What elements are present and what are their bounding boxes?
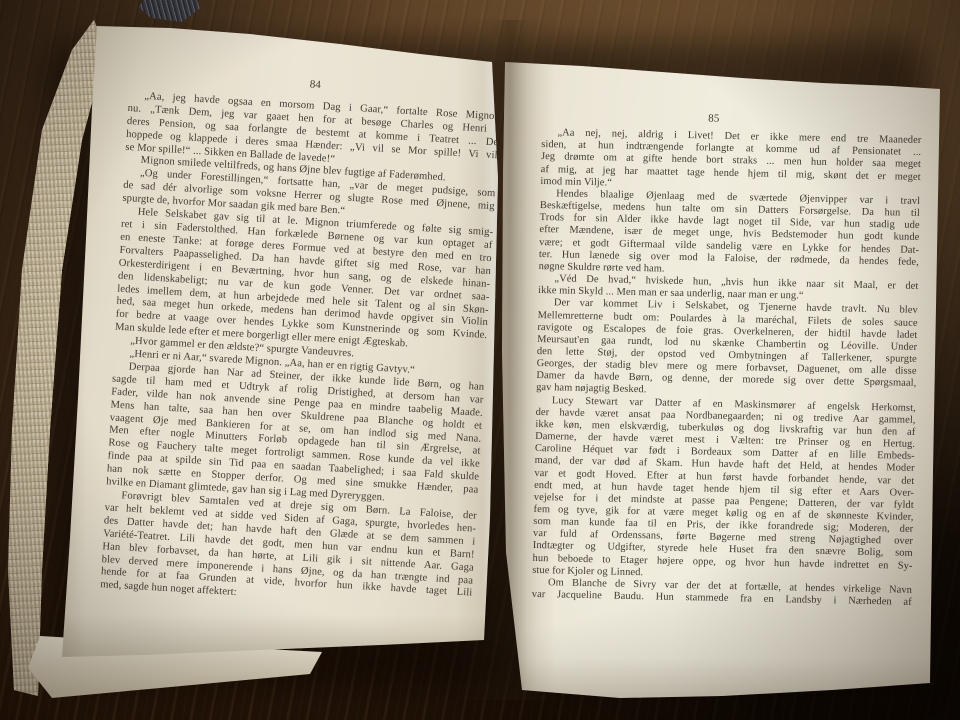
left-page-lines: „Aa, jeg havde ogsaa en morsom Dag i Gaa… xyxy=(100,90,500,614)
left-page: 84 „Aa, jeg havde ogsaa en morsom Dag i … xyxy=(50,18,505,666)
book-photo-scene: 85 „Aa nej, nej, aldrig i Livet! Det er … xyxy=(0,0,960,720)
right-page-text-block: 85 „Aa nej, nej, aldrig i Livet! Det er … xyxy=(532,109,922,609)
page-number-right: 85 xyxy=(524,109,904,129)
right-page-lines: „Aa nej, nej, aldrig i Livet! Det er ikk… xyxy=(532,127,922,609)
right-page: 85 „Aa nej, nej, aldrig i Livet! Det er … xyxy=(492,52,947,704)
left-page-text-block: 84 „Aa, jeg havde ogsaa en morsom Dag i … xyxy=(100,68,502,614)
